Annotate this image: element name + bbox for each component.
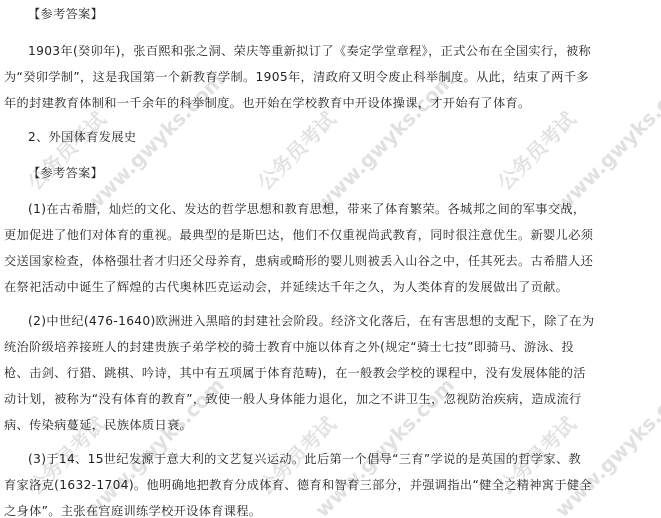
paragraph-line: 动计划，被称为“没有体育的教育”，致使一般人身体能力退化，加之不讲卫生，忽视防治… [4,386,658,412]
paragraph-line: (3)于14、15世纪发源于意大利的文艺复兴运动。此后第一个倡导“三育”学说的是… [28,446,661,472]
paragraph-line: 统治阶级培养接班人的封建贵族子弟学校的骑士教育中施以体育之外(规定“骑士七技”即… [4,334,658,360]
paragraph-line: 年的封建教育体制和一千余年的科举制度。也开始在学校教育中开设体操课，才开始有了体… [4,90,658,116]
paragraph-line: 更加促进了他们对体育的重视。最典型的是斯巴达，他们不仅重视尚武教育，同时很注意优… [4,222,658,248]
answer-label: 【参考答案】 [28,160,661,186]
paragraph-line: 为“癸卯学制”，这是我国第一个新教育学制。1905年，清政府又明令废止科举制度。… [4,64,658,90]
paragraph-line: 1903年(癸卯年)，张百熙和张之洞、荣庆等重新拟订了《奏定学堂章程》，正式公布… [28,38,661,64]
section-heading: 2、外国体育发展史 [28,124,661,150]
paragraph-line: 在祭祀活动中诞生了辉煌的古代奥林匹克运动会，并延续达千年之久，为人类体育的发展做… [4,274,658,300]
paragraph-line: (2)中世纪(476-1640)欧洲进入黑暗的封建社会阶段。经济文化落后，在有害… [28,308,661,334]
paragraph-line: 病、传染病蔓延，民族体质日衰。 [4,412,658,438]
paragraph-line: 交送国家检查，体格强壮者才归还父母养育，患病或畸形的婴儿则被丢入山谷之中，任其死… [4,248,658,274]
answer-label: 【参考答案】 [28,1,661,27]
paragraph-line: 之身体”。主张在宫庭训练学校开设体育课程。 [4,498,658,518]
paragraph-line: 枪、击剑、行猎、跳棋、吟诗，其中有五项属于体育范畴)，在一般教会学校的课程中，没… [4,360,658,386]
paragraph-line: 育家洛克(1632-1704)。他明确地把教育分成体育、德育和智育三部分，并强调… [4,472,658,498]
paragraph-line: (1)在古希腊，灿烂的文化、发达的哲学思想和教育思想，带来了体育繁荣。各城邦之间… [28,196,661,222]
